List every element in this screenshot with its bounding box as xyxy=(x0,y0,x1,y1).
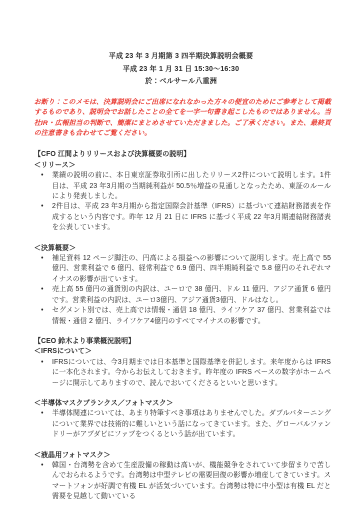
bullet-text: 半導体関連については、あまり特筆すべき事項はありませんでした。ダブルパターニング… xyxy=(52,409,331,440)
doc-datetime: 平成 23 年 1 月 31 日 15:30～16:30 xyxy=(0,64,362,77)
bullet-marker: • xyxy=(34,285,52,306)
document-body: お断り：このメモは、決算説明会にご出席になれなかった方々の便宜のためにご参考とし… xyxy=(34,98,331,503)
disclaimer-note: お断り：このメモは、決算説明会にご出席になれなかった方々の便宜のためにご参考とし… xyxy=(34,98,331,140)
section-title: 【CEO 鈴木より事業概況説明】 xyxy=(34,337,331,347)
bullet-text: セグメント別では、売上高では情報・通信 18 億円、ライフケア 37 億円、営業… xyxy=(52,306,331,327)
subsection-kessan-gaiyo: ＜決算概要＞ • 補足資料 12 ページ脚注の、円高による損益への影響について説… xyxy=(34,244,331,327)
bullet-item: • 業績の説明の前に、本日東京証券取引所に出したリリース2件について説明します。… xyxy=(34,171,331,202)
bullet-text: 補足資料 12 ページ脚注の、円高による損益への影響について説明します。売上高で… xyxy=(52,254,331,285)
bullet-text: 売上高 55 億円の通貨別の内訳は、ユーロで 38 億円、ドル 11 億円、アジ… xyxy=(52,285,331,306)
subsection-ifrs: ＜IFRSについて＞ • IFRSについては、今3月期までは日本基準と国際基準を… xyxy=(34,347,331,389)
doc-header: 平成 23 年 3 月期第 3 四半期決算説明会概要 平成 23 年 1 月 3… xyxy=(0,51,362,89)
subsection-heading: ＜リリース＞ xyxy=(34,161,331,171)
bullet-marker: • xyxy=(34,358,52,389)
bullet-marker: • xyxy=(34,461,52,503)
bullet-text: 業績の説明の前に、本日東京証券取引所に出したリリース2件について説明します。1件… xyxy=(52,171,331,202)
bullet-text: IFRSについては、今3月期までは日本基準と国際基準を併記します。来年度からは … xyxy=(52,358,331,389)
bullet-item: • 韓国・台湾勢を含めて生産設備の稼動は高いが、機能競争をされていて歩留まりで苦… xyxy=(34,461,331,503)
bullet-marker: • xyxy=(34,254,52,285)
bullet-text: 韓国・台湾勢を含めて生産設備の稼動は高いが、機能競争をされていて歩留まりで苦しん… xyxy=(52,461,331,503)
section-ceo: 【CEO 鈴木より事業概況説明】 ＜IFRSについて＞ • IFRSについては、… xyxy=(34,337,331,503)
bullet-marker: • xyxy=(34,409,52,440)
section-title: 【CFO 江間よりリリースおよび決算概要の説明】 xyxy=(34,150,331,160)
subsection-semiconductor-mask: ＜半導体マスクブランクス／フォトマスク＞ • 半導体関連については、あまり特筆す… xyxy=(34,399,331,441)
bullet-marker: • xyxy=(34,171,52,202)
subsection-heading: ＜IFRSについて＞ xyxy=(34,347,331,357)
bullet-item: • 半導体関連については、あまり特筆すべき事項はありませんでした。ダブルパターニ… xyxy=(34,409,331,440)
bullet-text: 2件目は、平成 23 年3月期から指定国際会計基準（IFRS）に基づいて連結財務… xyxy=(52,202,331,233)
subsection-heading: ＜半導体マスクブランクス／フォトマスク＞ xyxy=(34,399,331,409)
subsection-lcd-photomask: ＜液晶用フォトマスク＞ • 韓国・台湾勢を含めて生産設備の稼動は高いが、機能競争… xyxy=(34,451,331,503)
bullet-item: • 売上高 55 億円の通貨別の内訳は、ユーロで 38 億円、ドル 11 億円、… xyxy=(34,285,331,306)
section-cfo: 【CFO 江間よりリリースおよび決算概要の説明】 ＜リリース＞ • 業績の説明の… xyxy=(34,150,331,327)
bullet-marker: • xyxy=(34,306,52,327)
bullet-item: • IFRSについては、今3月期までは日本基準と国際基準を併記します。来年度から… xyxy=(34,358,331,389)
subsection-heading: ＜決算概要＞ xyxy=(34,244,331,254)
bullet-item: • 補足資料 12 ページ脚注の、円高による損益への影響について説明します。売上… xyxy=(34,254,331,285)
document-page: 平成 23 年 3 月期第 3 四半期決算説明会概要 平成 23 年 1 月 3… xyxy=(0,0,362,512)
bullet-item: • セグメント別では、売上高では情報・通信 18 億円、ライフケア 37 億円、… xyxy=(34,306,331,327)
bullet-marker: • xyxy=(34,202,52,233)
subsection-release: ＜リリース＞ • 業績の説明の前に、本日東京証券取引所に出したリリース2件につい… xyxy=(34,161,331,234)
subsection-heading: ＜液晶用フォトマスク＞ xyxy=(34,451,331,461)
bullet-item: • 2件目は、平成 23 年3月期から指定国際会計基準（IFRS）に基づいて連結… xyxy=(34,202,331,233)
doc-title: 平成 23 年 3 月期第 3 四半期決算説明会概要 xyxy=(0,51,362,64)
doc-venue: 於：ベルサール八重洲 xyxy=(0,76,362,89)
